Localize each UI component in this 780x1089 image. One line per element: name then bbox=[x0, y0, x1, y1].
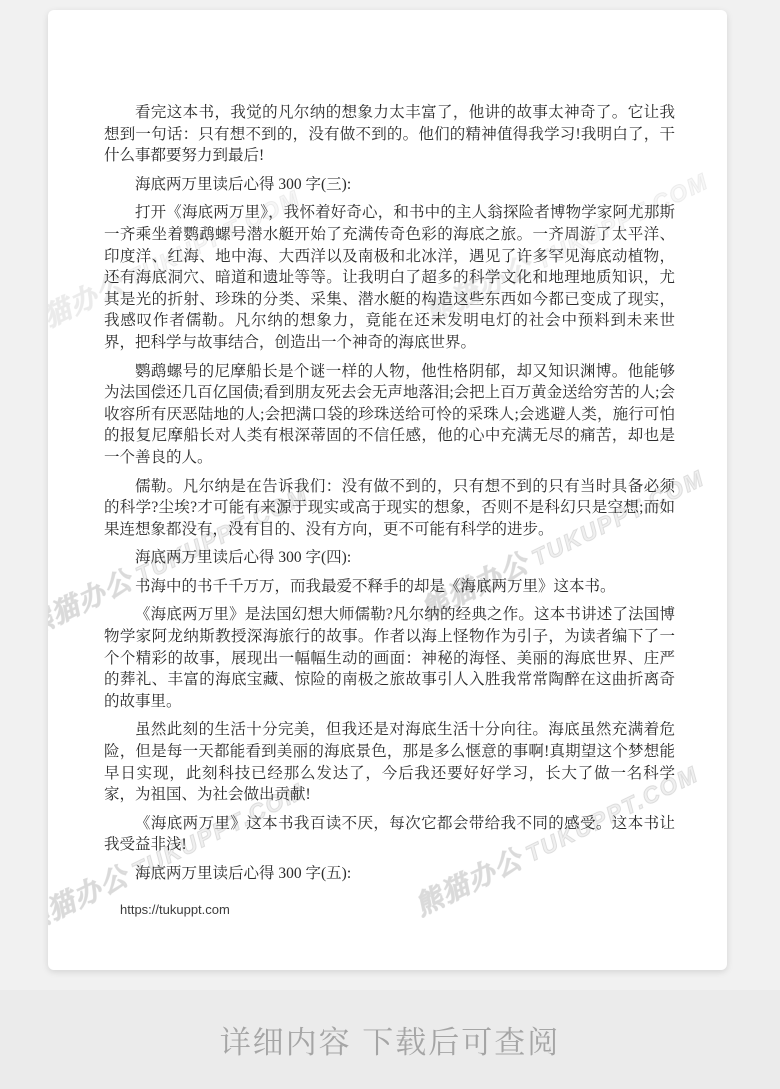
preview-canvas: 熊猫办公TUKUPPT.COM 熊猫办公TUKUPPT.COM 熊猫办公TUKU… bbox=[0, 0, 780, 1089]
paragraph: 看完这本书，我觉的凡尔纳的想象力太丰富了，他讲的故事太神奇了。它让我想到一句话：… bbox=[104, 102, 675, 167]
paragraph: 虽然此刻的生活十分完美，但我还是对海底生活十分向往。海底虽然充满着危险，但是每一… bbox=[104, 719, 675, 805]
section-heading: 海底两万里读后心得 300 字(五): bbox=[104, 863, 675, 885]
document-text-blocks: 看完这本书，我觉的凡尔纳的想象力太丰富了，他讲的故事太神奇了。它让我想到一句话：… bbox=[104, 102, 675, 885]
section-heading: 海底两万里读后心得 300 字(三): bbox=[104, 174, 675, 196]
document-page: 熊猫办公TUKUPPT.COM 熊猫办公TUKUPPT.COM 熊猫办公TUKU… bbox=[48, 10, 727, 970]
paragraph: 打开《海底两万里》，我怀着好奇心，和书中的主人翁探险者博物学家阿尤那斯一齐乘坐着… bbox=[104, 202, 675, 353]
footer-band: 详细内容 下载后可查阅 bbox=[0, 990, 780, 1089]
footer-notice-text: 详细内容 下载后可查阅 bbox=[220, 1017, 561, 1062]
paragraph: 鹦鹉螺号的尼摩船长是个谜一样的人物，他性格阴郁，却又知识渊博。他能够为法国偿还几… bbox=[104, 361, 675, 469]
paragraph: 《海底两万里》这本书我百读不厌，每次它都会带给我不同的感受。这本书让我受益非浅! bbox=[104, 813, 675, 856]
document-body: 看完这本书，我觉的凡尔纳的想象力太丰富了，他讲的故事太神奇了。它让我想到一句话：… bbox=[48, 10, 727, 920]
paragraph: 《海底两万里》是法国幻想大师儒勒?凡尔纳的经典之作。这本书讲述了法国博物学家阿龙… bbox=[104, 604, 675, 712]
section-heading: 海底两万里读后心得 300 字(四): bbox=[104, 547, 675, 569]
paragraph: 书海中的书千千万万，而我最爱不释手的却是《海底两万里》这本书。 bbox=[104, 576, 675, 598]
source-url-link[interactable]: https://tukuppt.com bbox=[104, 899, 675, 921]
paragraph: 儒勒。凡尔纳是在告诉我们：没有做不到的，只有想不到的只有当时具备必须的科学?尘埃… bbox=[104, 476, 675, 541]
